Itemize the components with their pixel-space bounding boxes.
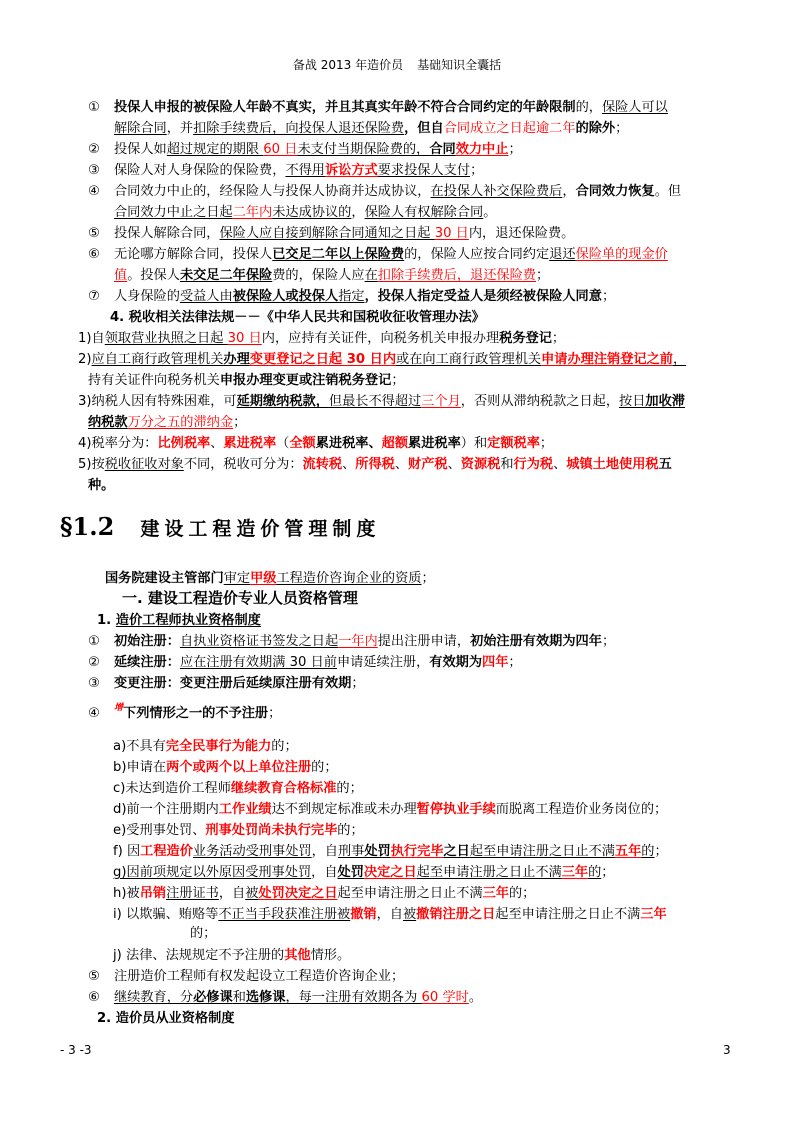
text-run: 人身保险的 bbox=[114, 289, 180, 304]
text-run: 的，保险人应按合同约定 bbox=[404, 247, 549, 262]
text-run: i) 以欺骗、贿赂等 bbox=[113, 907, 218, 922]
text-run: 2) bbox=[78, 352, 92, 367]
text-run: 初始注册有效期为四年 bbox=[470, 634, 602, 649]
text-line: 种。 bbox=[88, 477, 114, 495]
text-run: e)受刑事处罚、 bbox=[113, 823, 205, 838]
text-run: 一. 建设工程造价专业人员资格管理 bbox=[122, 589, 358, 607]
text-run: f) 因 bbox=[113, 844, 140, 859]
text-run: 办理 bbox=[223, 352, 249, 367]
text-run: a)不具有 bbox=[113, 739, 166, 754]
text-line: 1. 造价工程师执业资格制度 bbox=[97, 612, 261, 630]
text-run: 必修课 bbox=[193, 990, 233, 1005]
text-run: 甲级 bbox=[250, 571, 276, 586]
text-run: 。投保人 bbox=[127, 268, 180, 283]
list-marker: ⑥ bbox=[88, 989, 114, 1007]
text-run: 累进税率、 bbox=[316, 436, 382, 451]
text-run: 执行完毕 bbox=[391, 844, 444, 859]
text-run: 应在注册有效期满 30 日前 bbox=[180, 655, 337, 670]
text-run: 五年 bbox=[615, 844, 641, 859]
text-run: 的； bbox=[337, 823, 363, 838]
text-run: 行为税 bbox=[514, 457, 554, 472]
text-run: 未达成协议的 bbox=[272, 205, 351, 220]
text-line: ③变更注册：变更注册后延续原注册有效期； bbox=[88, 675, 365, 693]
text-run: 内，应持有关证件，向税务机关申报办理 bbox=[262, 331, 499, 346]
text-run: 或在向工商行政管理机关 bbox=[396, 352, 541, 367]
text-run: 、 bbox=[210, 436, 223, 451]
text-run: 不得用 bbox=[285, 163, 325, 178]
text-line: ③保险人对人身保险的保险费，不得用诉讼方式要求投保人支付； bbox=[88, 162, 483, 180]
text-run: 超过规定的期限 bbox=[167, 142, 264, 157]
text-run: ； bbox=[470, 163, 483, 178]
text-line: a)不具有完全民事行为能力的； bbox=[113, 738, 298, 756]
text-run: 4. 税收相关法律法规－－《中华人民共和国税收征收管理办法》 bbox=[110, 310, 485, 325]
text-run: 的， bbox=[576, 100, 602, 115]
text-run: 指定 bbox=[338, 289, 364, 304]
text-run: 的 bbox=[588, 865, 601, 880]
text-run: 延续注册： bbox=[114, 655, 180, 670]
text-run: 未交足二年保险 bbox=[180, 268, 272, 283]
text-run: 审定 bbox=[224, 571, 250, 586]
text-run: 4)税率分为： bbox=[78, 436, 157, 451]
list-marker: ② bbox=[88, 654, 114, 672]
text-run: 之日 bbox=[443, 844, 469, 859]
text-run: 3)纳税人因有特殊困难，可 bbox=[78, 394, 237, 409]
text-run: 累进税率 bbox=[223, 436, 276, 451]
text-run: 三年 bbox=[640, 907, 666, 922]
text-run: 退还 bbox=[549, 247, 575, 262]
footer-page-label: - 3 -3 bbox=[60, 1043, 92, 1057]
text-run: ，每一注册有效期各为 bbox=[285, 990, 421, 1005]
text-run: 财产税 bbox=[408, 457, 448, 472]
text-line: 一. 建设工程造价专业人员资格管理 bbox=[122, 589, 358, 607]
text-run: 的 bbox=[641, 844, 654, 859]
text-run: 的； bbox=[336, 781, 362, 796]
text-run: 造价工程师执业资格制度 bbox=[116, 613, 261, 628]
text-run: 已交足二年以上保险费 bbox=[272, 247, 404, 262]
list-marker: ⑦ bbox=[88, 288, 114, 306]
text-line: 纳税款万分之五的滞纳金； bbox=[88, 414, 246, 432]
text-line: 的； bbox=[190, 925, 216, 943]
text-run: 撤销 bbox=[350, 907, 376, 922]
text-run: 扣除手续费后，向投保人退还保险费 bbox=[193, 121, 404, 136]
text-run: 解除合同 bbox=[114, 121, 167, 136]
text-run: 有效期为 bbox=[429, 655, 482, 670]
text-run: 的； bbox=[311, 760, 337, 775]
text-run: 保险人对人身保险的保险费， bbox=[114, 163, 285, 178]
text-line: ⑦人身保险的受益人由被保险人或投保人指定，投保人指定受益人是须经被保险人同意； bbox=[88, 288, 615, 306]
text-run: 持有关证件向税务机关 bbox=[88, 373, 220, 388]
text-run: 变更登记之日起 30 日内 bbox=[250, 352, 396, 367]
section-number: §1.2 bbox=[60, 512, 114, 541]
text-run: 合同效力中止的，经保险人与投保人协商并达成协议， bbox=[114, 184, 431, 199]
text-line: ①投保人申报的被保险人年龄不真实，并且其真实年龄不符合合同约定的年龄限制的，保险… bbox=[88, 99, 668, 117]
text-line: ⑤投保人解除合同，保险人应自接到解除合同通知之日起 30 日内，退还保险费。 bbox=[88, 225, 574, 243]
text-run: 三年 bbox=[562, 865, 588, 880]
text-line: g)因前项规定以外原因受刑事处罚，自处罚决定之日起至申请注册之日止不满三年的； bbox=[113, 864, 614, 882]
text-line: ⑥无论哪方解除合同，投保人已交足二年以上保险费的，保险人应按合同约定退还保险单的… bbox=[88, 246, 668, 264]
list-marker: ④ bbox=[88, 183, 114, 201]
text-run: ； bbox=[391, 969, 404, 984]
text-run: 城镇土地使用税 bbox=[566, 457, 658, 472]
text-run: 合同成立之日起逾二年 bbox=[444, 121, 576, 136]
text-run: 的； bbox=[271, 739, 297, 754]
text-run: 要求投保人支付 bbox=[378, 163, 470, 178]
text-run: 、 bbox=[395, 457, 408, 472]
text-run: 被保险人或投保人 bbox=[233, 289, 339, 304]
text-run: 注册证书 bbox=[166, 886, 219, 901]
text-run: 申请延续注册， bbox=[337, 655, 429, 670]
list-marker: ① bbox=[88, 99, 114, 117]
text-run: 暂停执业手续 bbox=[417, 802, 496, 817]
text-run: 保险人有权解除合同 bbox=[365, 205, 484, 220]
text-run: 变更注册：变更注册后延续原注册有效期 bbox=[114, 676, 351, 691]
text-run: 。但 bbox=[655, 184, 681, 199]
text-run: 受益人由 bbox=[180, 289, 233, 304]
text-run: 四年 bbox=[482, 655, 508, 670]
text-run: 按日 bbox=[619, 394, 645, 409]
text-run: 2. 造价员从业资格制度 bbox=[97, 1011, 234, 1026]
text-run: （ bbox=[276, 436, 289, 451]
text-run: 定额税率 bbox=[487, 436, 540, 451]
text-run: ，投保人指定受益人是须经被保险人同意 bbox=[365, 289, 602, 304]
text-run: 保险单的现金价 bbox=[576, 247, 668, 262]
text-run: 费的，保险人应 bbox=[272, 268, 364, 283]
text-run: 工程造价咨询企业的资质 bbox=[276, 571, 421, 586]
text-run: ，自 bbox=[219, 886, 245, 901]
text-run: ； bbox=[508, 655, 521, 670]
text-run: 工程造价 bbox=[140, 844, 193, 859]
text-run: 5)按 bbox=[78, 457, 105, 472]
text-line: j) 法律、法规规定不予注册的其他情形。 bbox=[113, 947, 350, 965]
text-run: ； bbox=[615, 121, 628, 136]
text-run: h)被 bbox=[113, 886, 140, 901]
text-run: ，自 bbox=[377, 907, 403, 922]
text-line: ①初始注册：自执业资格证书签发之日起一年内提出注册申请，初始注册有效期为四年； bbox=[88, 633, 615, 651]
text-run: 、 bbox=[342, 457, 355, 472]
text-run: ）和 bbox=[461, 436, 487, 451]
text-run: 值 bbox=[114, 268, 127, 283]
text-run: ， bbox=[562, 184, 575, 199]
text-run: 合同 bbox=[429, 142, 455, 157]
text-line: d)前一个注册期内工作业绩达不到规定标准或未办理暂停执业手续而脱离工程造价业务岗… bbox=[113, 801, 667, 819]
text-run: ； bbox=[654, 844, 667, 859]
text-run: 领取营业执照之日起 bbox=[105, 331, 228, 346]
text-run: ； bbox=[422, 571, 435, 586]
text-run: 刑事 bbox=[338, 844, 364, 859]
text-run: 刑事处罚尚未执行完毕 bbox=[205, 823, 337, 838]
text-run: 一年内 bbox=[338, 634, 378, 649]
list-marker: ④ bbox=[88, 705, 114, 723]
text-run: 处罚决定之日 bbox=[258, 886, 337, 901]
list-marker: ③ bbox=[88, 162, 114, 180]
text-run: 提出注册申请， bbox=[378, 634, 470, 649]
text-run: 投保人如 bbox=[114, 142, 167, 157]
text-run: 。 bbox=[483, 205, 496, 220]
list-marker: ③ bbox=[88, 675, 114, 693]
section-heading: §1.2建设工程造价管理制度 bbox=[60, 512, 380, 544]
text-run: 三个月 bbox=[421, 394, 461, 409]
footer-page-number: 3 bbox=[723, 1043, 731, 1057]
text-run: 的； bbox=[190, 926, 216, 941]
text-line: 2. 造价员从业资格制度 bbox=[97, 1010, 234, 1028]
text-run: 初始注册： bbox=[114, 634, 180, 649]
text-run: 处罚 bbox=[338, 865, 364, 880]
text-run: 国务院建设主管部门 bbox=[105, 571, 224, 586]
text-run: 被 bbox=[403, 907, 416, 922]
text-run: 但最长不得超过 bbox=[329, 394, 421, 409]
text-line: e)受刑事处罚、刑事处罚尚未执行完毕的； bbox=[113, 822, 364, 840]
text-line: f) 因工程造价业务活动受刑事处罚，自刑事处罚执行完毕之日起至申请注册之日止不满… bbox=[113, 843, 668, 861]
text-line: 持有关证件向税务机关申报办理变更或注销税务登记； bbox=[88, 372, 405, 390]
text-run: 、 bbox=[553, 457, 566, 472]
text-run: 所得税 bbox=[355, 457, 395, 472]
text-run: 其他 bbox=[284, 948, 310, 963]
text-run: 效力中止 bbox=[456, 142, 509, 157]
text-line: ④合同效力中止的，经保险人与投保人协商并达成协议，在投保人补交保险费后，合同效力… bbox=[88, 183, 681, 201]
text-run: ，自 bbox=[312, 844, 338, 859]
text-run: 投保人解除合同， bbox=[114, 226, 220, 241]
text-run: 吊销 bbox=[140, 886, 166, 901]
text-run: 不同，税收可分为： bbox=[184, 457, 303, 472]
text-run: 、 bbox=[448, 457, 461, 472]
text-run: 全额 bbox=[289, 436, 315, 451]
text-line: 4)税率分为：比例税率、累进税率（全额累进税率、超额累进税率）和定额税率； bbox=[78, 435, 553, 453]
text-run: 两个或两个以上单位注册 bbox=[166, 760, 311, 775]
text-run: 累进税率 bbox=[408, 436, 461, 451]
text-run: 扣除手续费后，退还保险费 bbox=[378, 268, 536, 283]
list-marker: ⑤ bbox=[88, 225, 114, 243]
text-run: ，自 bbox=[311, 865, 337, 880]
text-run: 保险人可以 bbox=[602, 100, 668, 115]
text-run: 30 日 bbox=[435, 226, 469, 241]
text-run: 达不到规定标准或未办理 bbox=[272, 802, 417, 817]
text-line: 4. 税收相关法律法规－－《中华人民共和国税收征收管理办法》 bbox=[110, 309, 485, 327]
text-run: ； bbox=[602, 634, 615, 649]
text-run: 诉讼方式 bbox=[325, 163, 378, 178]
text-run: 情形。 bbox=[311, 948, 351, 963]
text-run: ， bbox=[351, 205, 364, 220]
text-run: 二年内 bbox=[233, 205, 273, 220]
text-run: ； bbox=[391, 373, 404, 388]
text-line: h)被吊销注册证书，自被处罚决定之日起至申请注册之日止不满三年的； bbox=[113, 885, 535, 903]
text-line: ②延续注册：应在注册有效期满 30 日前申请延续注册，有效期为四年； bbox=[88, 654, 522, 672]
list-marker: ① bbox=[88, 633, 114, 651]
text-run: 万分之五的滞纳金 bbox=[128, 415, 234, 430]
new-item-icon: 增 bbox=[114, 703, 123, 713]
text-run: 投保人申报的被保险人年龄不真实，并且其真实年龄不符合合同约定的年龄限制 bbox=[114, 100, 576, 115]
text-line: ⑤注册造价工程师有权发起设立工程造价咨询企业； bbox=[88, 968, 404, 986]
text-run: 三年 bbox=[483, 886, 509, 901]
text-run: 和 bbox=[500, 457, 513, 472]
text-line: 5)按税收征收对象不同，税收可分为：流转税、所得税、财产税、资源税和行为税、城镇… bbox=[78, 456, 672, 474]
text-line: b)申请在两个或两个以上单位注册的； bbox=[113, 759, 338, 777]
text-line: 值。投保人未交足二年保险费的，保险人应在扣除手续费后，退还保险费； bbox=[114, 267, 549, 285]
text-run: 的； bbox=[509, 886, 535, 901]
text-run: 的除外 bbox=[576, 121, 616, 136]
section-title: 建设工程造价管理制度 bbox=[140, 518, 380, 540]
text-run: 而脱离工程造价业务岗位的； bbox=[496, 802, 667, 817]
text-run: 无论哪方解除合同，投保人 bbox=[114, 247, 272, 262]
text-run: 选修课 bbox=[246, 990, 286, 1005]
text-line: c)未达到造价工程师继续教育合格标准的； bbox=[113, 780, 363, 798]
text-run: 60 日 bbox=[263, 142, 297, 157]
text-run: 合同效力中止之日起 bbox=[114, 205, 233, 220]
text-run: ； bbox=[536, 268, 549, 283]
text-run: j) 法律、法规规定不予注册的 bbox=[113, 948, 284, 963]
text-run: 内，退还保险费。 bbox=[469, 226, 575, 241]
text-run: 30 日 bbox=[228, 331, 262, 346]
text-run: 自执业资格证书签发之日起 bbox=[180, 634, 338, 649]
text-run: 超额 bbox=[382, 436, 408, 451]
text-run: 未支付当期保险费的， bbox=[297, 142, 429, 157]
text-run: 注册造价工程师有权发起设立工程造价咨询企业 bbox=[114, 969, 391, 984]
text-run: 在投保人补交保险费后 bbox=[431, 184, 563, 199]
text-run: 五 bbox=[659, 457, 672, 472]
text-line: 合同效力中止之日起二年内未达成协议的，保险人有权解除合同。 bbox=[114, 204, 496, 222]
page-header: 备战 2013 年造价员基础知识全囊括 bbox=[0, 56, 794, 73]
text-run: c)未达到造价工程师 bbox=[113, 781, 231, 796]
text-run: b)申请在 bbox=[113, 760, 166, 775]
text-run: 合同效力恢复 bbox=[576, 184, 655, 199]
header-title-right: 基础知识全囊括 bbox=[417, 58, 501, 72]
text-run: 起至申请注册之日止不满 bbox=[495, 907, 640, 922]
text-run: 起至申请注册之日止不满 bbox=[417, 865, 562, 880]
text-run: g)因前项规定以外原因受刑事处罚 bbox=[113, 865, 311, 880]
text-run: 继续教育，分 bbox=[114, 990, 193, 1005]
text-run: 1)自 bbox=[78, 331, 105, 346]
text-run: 工作业绩 bbox=[219, 802, 272, 817]
text-run: 纳税款 bbox=[88, 415, 128, 430]
text-run: 税收征收对象 bbox=[105, 457, 184, 472]
text-run: ； bbox=[602, 289, 615, 304]
text-run: 种。 bbox=[88, 478, 114, 493]
text-run: 加收滞 bbox=[645, 394, 685, 409]
text-run: ， bbox=[673, 352, 686, 367]
text-run: 60 学时 bbox=[422, 990, 469, 1005]
text-line: i) 以欺骗、贿赂等不正当手段获准注册被撤销，自被撤销注册之日起至申请注册之日止… bbox=[113, 906, 667, 924]
text-run: 流转税 bbox=[303, 457, 343, 472]
text-line: 解除合同，并扣除手续费后，向投保人退还保险费，但自合同成立之日起逾二年的除外； bbox=[114, 120, 628, 138]
text-run: ； bbox=[233, 415, 246, 430]
text-run: ； bbox=[268, 706, 281, 721]
text-line: 3)纳税人因有特殊困难，可延期缴纳税款，但最长不得超过三个月，否则从滞纳税款之日… bbox=[78, 393, 685, 411]
text-run: ； bbox=[601, 865, 614, 880]
text-line: ⑥继续教育，分必修课和选修课，每一注册有效期各为 60 学时。 bbox=[88, 989, 482, 1007]
text-run: ，并 bbox=[167, 121, 193, 136]
text-run: ； bbox=[552, 331, 565, 346]
text-run: ，否则从滞纳税款之日起， bbox=[461, 394, 619, 409]
text-run: 起至申请注册之日止不满 bbox=[470, 844, 615, 859]
text-run: d)前一个注册期内 bbox=[113, 802, 219, 817]
text-run: ； bbox=[508, 142, 521, 157]
text-run: 比例税率 bbox=[157, 436, 210, 451]
list-marker: ⑥ bbox=[88, 246, 114, 264]
text-run: 业务活动受刑事处罚 bbox=[193, 844, 312, 859]
text-line: ②投保人如超过规定的期限 60 日未支付当期保险费的，合同效力中止； bbox=[88, 141, 522, 159]
text-run: 税务登记 bbox=[499, 331, 552, 346]
text-run: 保险人应自接到解除合同通知之日起 bbox=[220, 226, 435, 241]
list-marker: ⑤ bbox=[88, 968, 114, 986]
text-line: 1)自领取营业执照之日起 30 日内，应持有关证件，向税务机关申报办理税务登记； bbox=[78, 330, 565, 348]
text-run: 在 bbox=[365, 268, 378, 283]
text-run: 和 bbox=[233, 990, 246, 1005]
text-run: 决定之日 bbox=[364, 865, 417, 880]
text-run: ； bbox=[540, 436, 553, 451]
text-run: 资源税 bbox=[461, 457, 501, 472]
text-run: 起至申请注册之日止不满 bbox=[338, 886, 483, 901]
text-run: 撤销注册之日 bbox=[416, 907, 495, 922]
text-run: 不正当手段获准注册被 bbox=[218, 907, 350, 922]
text-line: ④增下列情形之一的不予注册； bbox=[88, 705, 281, 724]
text-run: 。 bbox=[469, 990, 482, 1005]
text-run: 继续教育合格标准 bbox=[231, 781, 337, 796]
text-run: 被 bbox=[245, 886, 258, 901]
text-run: 应自工商行政管理机关 bbox=[92, 352, 224, 367]
text-run: 完全民事行为能力 bbox=[166, 739, 272, 754]
text-run: 延期缴纳税款， bbox=[237, 394, 329, 409]
header-title-left: 备战 2013 年造价员 bbox=[293, 58, 403, 72]
text-run: 1. bbox=[97, 613, 116, 628]
text-run: 下列情形之一的不予注册 bbox=[123, 706, 268, 721]
text-run: 处罚 bbox=[364, 844, 390, 859]
text-line: 国务院建设主管部门审定甲级工程造价咨询企业的资质； bbox=[105, 570, 435, 588]
text-run: ； bbox=[351, 676, 364, 691]
text-line: 2)应自工商行政管理机关办理变更登记之日起 30 日内或在向工商行政管理机关申请… bbox=[78, 351, 686, 369]
list-marker: ② bbox=[88, 141, 114, 159]
text-run: 申请办理注销登记之前 bbox=[541, 352, 673, 367]
text-run: 申报办理变更或注销税务登记 bbox=[220, 373, 391, 388]
text-run: ，但自 bbox=[404, 121, 444, 136]
